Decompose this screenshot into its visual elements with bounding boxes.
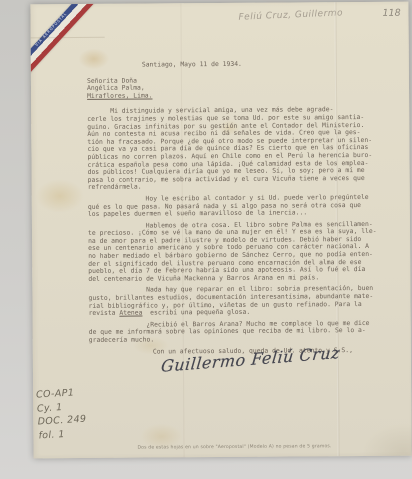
printed-footer-note: Dos de estas hojas en un sobre "Aeropost… [92,444,378,451]
paragraph-5: ¿Recibió el Barros Arana? Mucho me compl… [89,320,385,345]
letter-page: VIA AEROPOSTAL Feliú Cruz, Guillermo 118… [30,2,411,459]
archivist-note: Feliú Cruz, Guillermo [238,8,343,22]
paragraph-3: Hablemos de otra cosa. El libro sobre Pa… [88,221,384,284]
recipient-block: Señorita Doña Angélica Palma, Miraflores… [87,75,383,100]
airmail-label: VIA AEROPOSTAL [34,11,68,47]
paragraph-4: Nada hay que reparar en el libro: sobria… [88,285,384,317]
dateline: Santiago, Mayo 11 de 1934. [87,60,383,70]
fold-crease-horizontal [31,37,105,39]
recipient-city: Miraflores, Lima. [87,91,383,101]
journal-name: Atenea [119,309,142,317]
paragraph-4-text-end: escribí una pequeña glosa. [142,308,250,317]
archival-code-document: DOC. 249 [37,413,87,429]
paragraph-1: Mi distinguida y servicial amiga, una ve… [87,106,384,192]
archival-code-folio: fol. 1 [38,426,88,442]
paragraph-2: Hoy le escribo al contador y si Ud. pued… [88,194,384,219]
archival-margin-notes: CO-AP1 Cy. 1 DOC. 249 fol. 1 [36,386,88,443]
page-number: 118 [382,8,400,19]
letter-body: Santiago, Mayo 11 de 1934. Señorita Doña… [87,60,385,356]
